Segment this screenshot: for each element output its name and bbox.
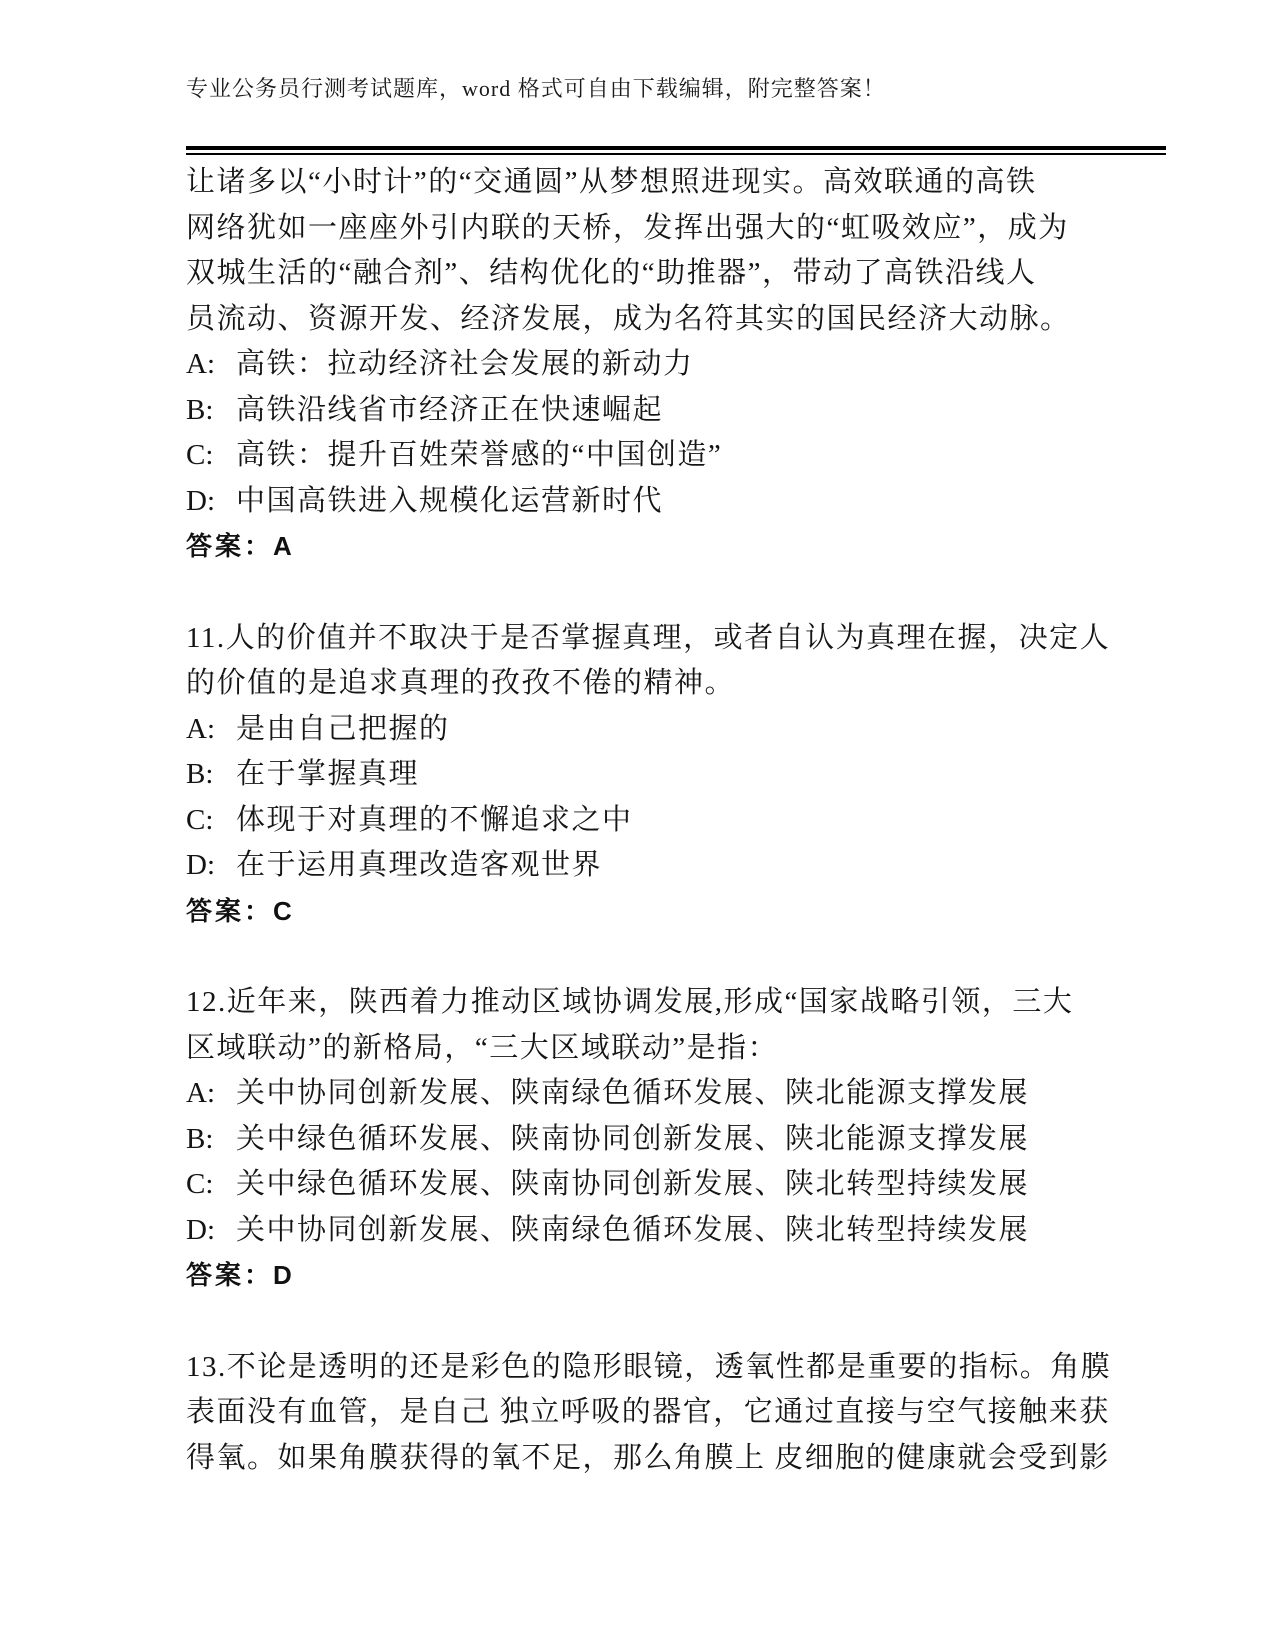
option-text: 中国高铁进入规模化运营新时代 [236, 479, 663, 525]
answer-line: 答案：C [186, 889, 1121, 935]
option-label: B: [186, 388, 236, 434]
question-11: 11.人的价值并不取决于是否掌握真理，或者自认为真理在握，决定人 的价值的是追求… [186, 616, 1121, 935]
option-text: 关中协同创新发展、陕南绿色循环发展、陕北能源支撑发展 [236, 1071, 1029, 1117]
option-label: B: [186, 1117, 236, 1163]
option-label: B: [186, 752, 236, 798]
option-a: A: 高铁：拉动经济社会发展的新动力 [186, 342, 1121, 388]
answer-prefix: 答案： [186, 896, 273, 926]
option-label: D: [186, 1208, 236, 1254]
option-text: 高铁：拉动经济社会发展的新动力 [236, 342, 694, 388]
answer-line: 答案：A [186, 524, 1121, 570]
option-label: A: [186, 342, 236, 388]
answer-value: D [273, 1260, 295, 1290]
question-text-line: 双城生活的“融合剂”、结构优化的“助推器”，带动了高铁沿线人 [186, 251, 1121, 297]
option-c: C: 关中绿色循环发展、陕南协同创新发展、陕北转型持续发展 [186, 1162, 1121, 1208]
option-label: C: [186, 798, 236, 844]
option-label: C: [186, 433, 236, 479]
question-text-line: 表面没有血管，是自己 独立呼吸的器官，它通过直接与空气接触来获 [186, 1390, 1121, 1436]
question-text-line: 11.人的价值并不取决于是否掌握真理，或者自认为真理在握，决定人 [186, 616, 1121, 662]
answer-value: C [273, 896, 295, 926]
question-text-line: 让诸多以“小时计”的“交通圆”从梦想照进现实。高效联通的高铁 [186, 160, 1121, 206]
option-d: D: 中国高铁进入规模化运营新时代 [186, 479, 1121, 525]
option-b: B: 关中绿色循环发展、陕南协同创新发展、陕北能源支撑发展 [186, 1117, 1121, 1163]
question-text-line: 得氧。如果角膜获得的氧不足，那么角膜上 皮细胞的健康就会受到影 [186, 1436, 1121, 1482]
option-a: A: 关中协同创新发展、陕南绿色循环发展、陕北能源支撑发展 [186, 1071, 1121, 1117]
question-text-line: 13.不论是透明的还是彩色的隐形眼镜，透氧性都是重要的指标。角膜 [186, 1345, 1121, 1391]
question-12: 12.近年来，陕西着力推动区域协调发展,形成“国家战略引领，三大 区域联动”的新… [186, 980, 1121, 1299]
answer-prefix: 答案： [186, 531, 273, 561]
question-10-continuation: 让诸多以“小时计”的“交通圆”从梦想照进现实。高效联通的高铁 网络犹如一座座外引… [186, 160, 1121, 570]
option-text: 关中绿色循环发展、陕南协同创新发展、陕北转型持续发展 [236, 1162, 1029, 1208]
option-text: 高铁沿线省市经济正在快速崛起 [236, 388, 663, 434]
question-13-partial: 13.不论是透明的还是彩色的隐形眼镜，透氧性都是重要的指标。角膜 表面没有血管，… [186, 1345, 1121, 1482]
answer-prefix: 答案： [186, 1260, 273, 1290]
option-b: B: 高铁沿线省市经济正在快速崛起 [186, 388, 1121, 434]
question-text-line: 员流动、资源开发、经济发展，成为名符其实的国民经济大动脉。 [186, 297, 1121, 343]
question-text-line: 区域联动”的新格局，“三大区域联动”是指： [186, 1026, 1121, 1072]
option-label: D: [186, 843, 236, 889]
document-page: 专业公务员行测考试题库，word 格式可自由下载编辑，附完整答案！ 让诸多以“小… [0, 0, 1275, 1650]
answer-line: 答案：D [186, 1253, 1121, 1299]
option-c: C: 体现于对真理的不懈追求之中 [186, 798, 1121, 844]
option-label: A: [186, 1071, 236, 1117]
option-d: D: 在于运用真理改造客观世界 [186, 843, 1121, 889]
option-text: 体现于对真理的不懈追求之中 [236, 798, 633, 844]
header-divider [186, 146, 1166, 155]
option-text: 关中协同创新发展、陕南绿色循环发展、陕北转型持续发展 [236, 1208, 1029, 1254]
option-text: 在于运用真理改造客观世界 [236, 843, 602, 889]
option-label: D: [186, 479, 236, 525]
option-b: B: 在于掌握真理 [186, 752, 1121, 798]
option-d: D: 关中协同创新发展、陕南绿色循环发展、陕北转型持续发展 [186, 1208, 1121, 1254]
page-header-text: 专业公务员行测考试题库，word 格式可自由下载编辑，附完整答案！ [186, 74, 1166, 104]
question-text-line: 12.近年来，陕西着力推动区域协调发展,形成“国家战略引领，三大 [186, 980, 1121, 1026]
option-text: 是由自己把握的 [236, 707, 450, 753]
option-text: 高铁：提升百姓荣誉感的“中国创造” [236, 433, 722, 479]
option-label: C: [186, 1162, 236, 1208]
option-label: A: [186, 707, 236, 753]
option-c: C: 高铁：提升百姓荣誉感的“中国创造” [186, 433, 1121, 479]
option-a: A: 是由自己把握的 [186, 707, 1121, 753]
question-text-line: 的价值的是追求真理的孜孜不倦的精神。 [186, 661, 1121, 707]
option-text: 关中绿色循环发展、陕南协同创新发展、陕北能源支撑发展 [236, 1117, 1029, 1163]
answer-value: A [273, 531, 295, 561]
question-text-line: 网络犹如一座座外引内联的天桥，发挥出强大的“虹吸效应”，成为 [186, 206, 1121, 252]
option-text: 在于掌握真理 [236, 752, 419, 798]
document-content: 让诸多以“小时计”的“交通圆”从梦想照进现实。高效联通的高铁 网络犹如一座座外引… [186, 160, 1121, 1481]
